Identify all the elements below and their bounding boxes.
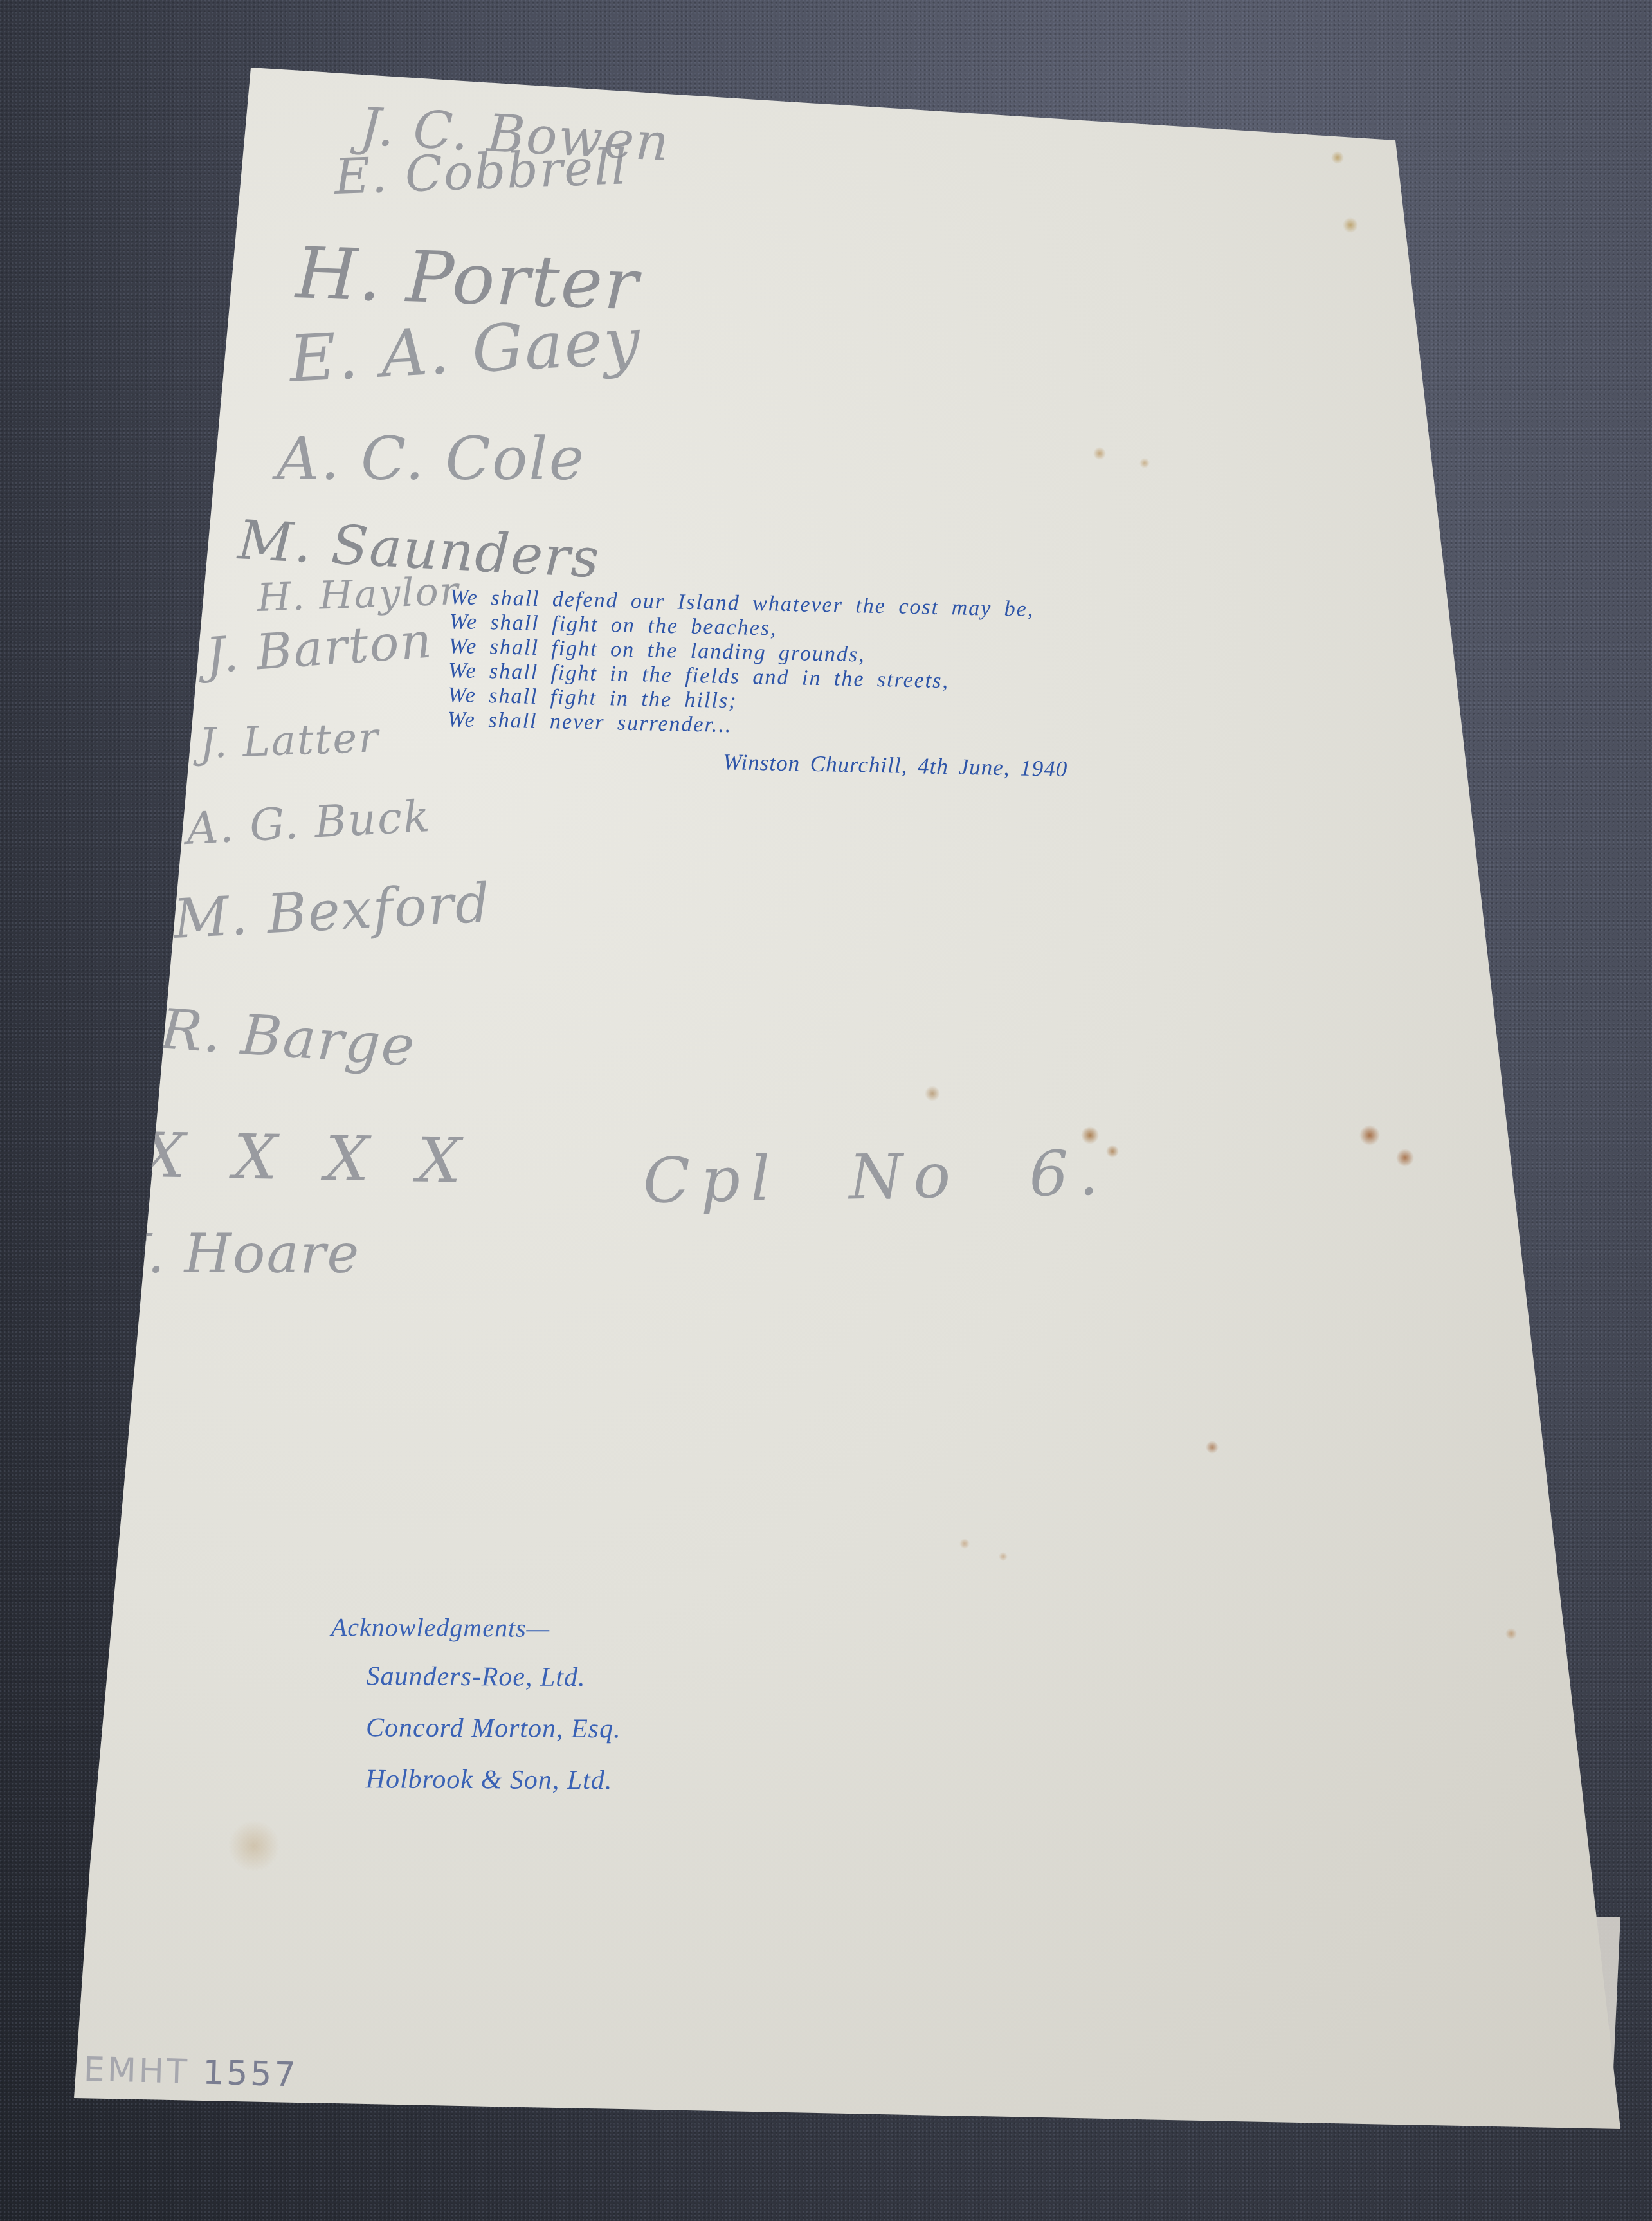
signature: A. G. Buck: [185, 791, 432, 855]
signature: R. Barge: [159, 997, 418, 1079]
acknowledgment-item: Holbrook & Son, Ltd.: [366, 1763, 621, 1796]
signature: M. Bexford: [172, 871, 492, 951]
signature: J. Hoare: [129, 1222, 360, 1285]
acknowledgment-item: Saunders-Roe, Ltd.: [366, 1660, 621, 1694]
signature: J. Barton: [204, 611, 435, 684]
churchill-quote: We shall defend our Island whatever the …: [446, 585, 1273, 787]
acknowledgments: Acknowledgments— Saunders-Roe, Ltd. Conc…: [330, 1611, 621, 1816]
catalog-prefix: EMHT: [83, 2051, 190, 2092]
acknowledgment-item: Concord Morton, Esq.: [366, 1712, 621, 1745]
signature: J. Latter: [199, 714, 380, 768]
catalog-id: 1557: [202, 2053, 298, 2094]
signature: A. C. Cole: [277, 425, 585, 493]
pencil-note: Cpl No 6.: [642, 1137, 1109, 1217]
quote-attribution: Winston Churchill, 4th June, 1940: [723, 749, 1270, 787]
document-page: J. C. Bowen E. Cobbrell H. Porter E. A. …: [0, 0, 1652, 2221]
acknowledgments-title: Acknowledgments—: [331, 1611, 622, 1645]
signature: E. Cobbrell: [333, 138, 629, 205]
signature: X X X X: [141, 1119, 476, 1197]
catalog-number: EMHT 1557: [83, 2051, 298, 2095]
signature: E. A. Gaey: [287, 303, 643, 396]
